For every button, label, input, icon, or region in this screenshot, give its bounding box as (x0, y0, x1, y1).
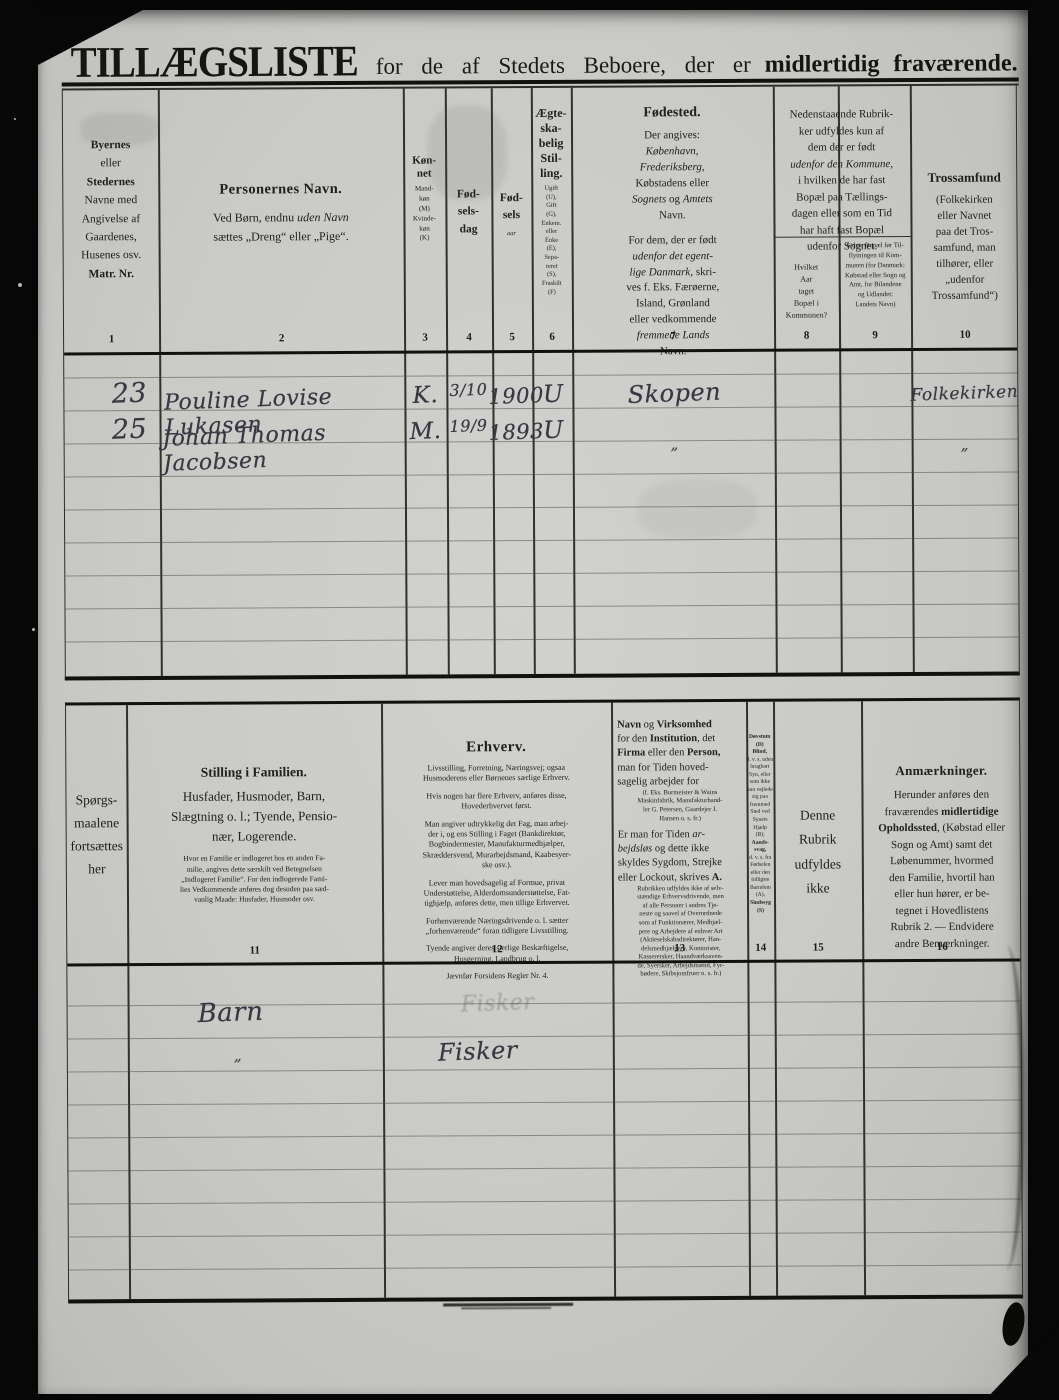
column-number-9: 9 (839, 329, 911, 341)
header-col6-sub: Ugift (U), Gift (G), Enkem. eller Enke (… (531, 185, 572, 298)
entry1-birthyear: 1900 (488, 383, 537, 409)
entry2-occupation: Fisker (397, 1034, 558, 1068)
column-number-5: 5 (492, 331, 532, 343)
ruled-line (65, 570, 1018, 576)
header-col11-title: Stilling i Familien. (126, 764, 381, 781)
header-col3-sub: Mand- køn (M) Kvinde- køn (K) (403, 185, 445, 244)
header-col13-p2: Er man for Tiden ar- bejdsløs og dette i… (618, 828, 743, 885)
entry2-birthyear: 1893 (488, 419, 537, 445)
scan-speck (18, 283, 22, 287)
header-col5-sub: aar (492, 230, 532, 237)
column-number-14: 14 (747, 942, 774, 954)
column-number-6: 6 (532, 331, 572, 343)
header-col15-not-filled: Denne Rubrik udfyldes ikke (773, 701, 862, 959)
header-col16-remarks: Anmærkninger. Herunder anføres den fravæ… (861, 700, 1022, 959)
scanned-census-page: { "document": { "title": { "word1": "TIL… (0, 0, 1059, 1400)
ruled-line (68, 1132, 1021, 1138)
entry1-birthplace: Skopen (584, 376, 765, 411)
header-col16-title: Anmærkninger. (861, 762, 1021, 779)
header-col12-paragraph: Forhenværende Næringsdrivende o. l. sætt… (382, 915, 612, 937)
header-col11-fine: Hvor en Familie er indlogeret hos en and… (127, 853, 382, 905)
entry2-family-position-ditto: „ (208, 1045, 269, 1065)
column-number-8: 8 (774, 329, 839, 341)
ruled-line (68, 1165, 1021, 1171)
header-col10-religion: Trossamfund (Folkekirken eller Navnet pa… (910, 85, 1019, 348)
scan-border-top (0, 0, 1059, 10)
header-col13-p1: Navn og Virksomhed for den Institution, … (617, 718, 742, 790)
header-col12-occupation: Erhverv. Livsstilling, Forretning, Nærin… (381, 703, 612, 962)
entry1-occupation-faint: Fisker (417, 988, 578, 1019)
sheet-content: TILLÆGSLISTE for de af Stedets Beboere, … (34, 7, 1031, 1400)
header-col2-name: Personernes Navn. Ved Børn, endnu uden N… (158, 89, 404, 352)
column-number-2: 2 (159, 332, 404, 345)
lower-table: Spørgs- maalene fortsættes her Stilling … (65, 697, 1023, 1303)
paper-sheet: TILLÆGSLISTE for de af Stedets Beboere, … (38, 10, 1028, 1400)
header-col12-paragraph: Livsstilling, Forretning, Næringsvej; og… (381, 763, 611, 785)
ruled-line (64, 372, 1017, 378)
column-number-3: 3 (404, 331, 446, 343)
header-col2-sub: Ved Børn, endnu uden Navn sættes „Dreng“… (158, 208, 403, 246)
header-col6-marital: Ægte- ska- belig Stil- ling. Ugift (U), … (531, 88, 572, 350)
header-col7-sub1: Der angives: København, Frederiksberg, K… (571, 128, 773, 225)
header-col12-paragraph: Hvis nogen har flere Erhverv, anføres di… (381, 790, 611, 812)
sidebar-text: Spørgs- maalene fortsættes her (66, 789, 126, 881)
ruled-line (68, 1099, 1021, 1105)
scan-speck (14, 118, 16, 120)
printer-mark-line (461, 1307, 551, 1309)
ruled-line (65, 504, 1018, 510)
entry1-religion: Folkekirken (909, 382, 1020, 406)
column-number-13: 13 (612, 942, 747, 955)
header-col11-family-position: Stilling i Familien. Husfader, Husmoder,… (126, 704, 382, 963)
header-col13-employer: Navn og Virksomhed for den Institution, … (611, 702, 747, 961)
header-group-col8-9: Nedenstaaende Rubrik- ker udfyldes kun a… (773, 86, 911, 349)
entry1-sex: K. (402, 382, 449, 410)
ruled-line (69, 1231, 1022, 1237)
header-col11-sub: Husfader, Husmoder, Barn, Slægtning o. l… (126, 786, 381, 848)
header-col13-fine2: Rubrikken udfyldes ikke af selv- stændig… (618, 885, 743, 980)
entry1-marital: U (534, 379, 573, 408)
scan-speck (32, 628, 35, 631)
header-col12-title: Erhverv. (381, 739, 611, 757)
header-col2-title: Personernes Navn. (158, 181, 403, 199)
header-col7-title: Fødested. (571, 105, 773, 122)
header-col15-text: Denne Rubrik udfyldes ikke (774, 803, 863, 901)
header-col7-birthplace: Fødested. Der angives: København, Freder… (571, 87, 774, 350)
ruled-line (69, 1264, 1022, 1270)
header-col14-text: Døvstum (D) Blind, d. v. s. uden brugbar… (746, 702, 774, 915)
column-number-4: 4 (446, 331, 492, 343)
column-number-12: 12 (382, 943, 612, 956)
form-title-middle: for de af Stedets Beboere, der er (376, 52, 751, 79)
entry2-birthday: 19/9 (444, 415, 493, 436)
column-number-7: 7 (572, 330, 774, 343)
column-number-15: 15 (774, 941, 862, 953)
entry2-birthplace-ditto: „ (584, 432, 765, 457)
header-col16-body: Herunder anføres den fraværendes midlert… (861, 786, 1022, 952)
entry1-family-position: Barn (197, 994, 348, 1029)
header-col14-disabilities: Døvstum (D) Blind, d. v. s. uden brugbar… (746, 702, 774, 960)
header-col10-title: Trossamfund (910, 169, 1018, 186)
entry2-religion-ditto: „ (909, 434, 1020, 456)
ruled-line (66, 636, 1019, 642)
scan-border-left (0, 0, 38, 1400)
header-col12-paragraph: Jævnfør Forsidens Regler Nr. 4. (382, 971, 612, 983)
scan-smudge (80, 112, 160, 146)
header-col12-paragraph: Lever man hovedsagelig af Formue, privat… (382, 877, 612, 909)
entry2-name: Johan Thomas Jacobsen (162, 418, 410, 477)
column-number-11: 11 (127, 944, 382, 957)
form-title-tail: midlertidig fraværende. (765, 50, 1018, 77)
header-col12-paragraph: Man angiver udtrykkelig det Fag, man arb… (382, 818, 612, 871)
entry2-marital: U (534, 415, 573, 444)
entry1-birthday: 3/10 (444, 379, 493, 400)
upper-table: Byernes eller Stedernes Navne med Angive… (62, 85, 1020, 680)
entry2-sex: M. (402, 418, 449, 446)
ruled-line (68, 1066, 1021, 1072)
ruled-line (69, 1198, 1022, 1204)
header-col6-title: Ægte- ska- belig Stil- ling. (531, 106, 571, 181)
column-number-10: 10 (911, 328, 1019, 341)
ruled-line (65, 603, 1018, 609)
scan-border-bottom (38, 1394, 1028, 1400)
scan-smudge (427, 105, 507, 200)
header-col5-title: Fød- sels (491, 190, 531, 225)
ruled-line (65, 537, 1018, 543)
printer-mark-line (443, 1303, 573, 1307)
header-group-text: Nedenstaaende Rubrik- ker udfyldes kun a… (773, 86, 911, 255)
scan-smudge (637, 479, 757, 540)
printer-mark (443, 1303, 583, 1310)
entry2-matr-nr: 25 (92, 413, 167, 447)
entry1-matr-nr: 23 (92, 377, 167, 411)
column-number-1: 1 (64, 333, 159, 345)
header-col10-sub: (Folkekirken eller Navnet paa det Tros- … (910, 192, 1019, 304)
header-col13-fine1: (f. Eks. Burmeister & Wains Maskinfabrik… (617, 789, 742, 824)
scan-border-right (1028, 0, 1059, 1400)
